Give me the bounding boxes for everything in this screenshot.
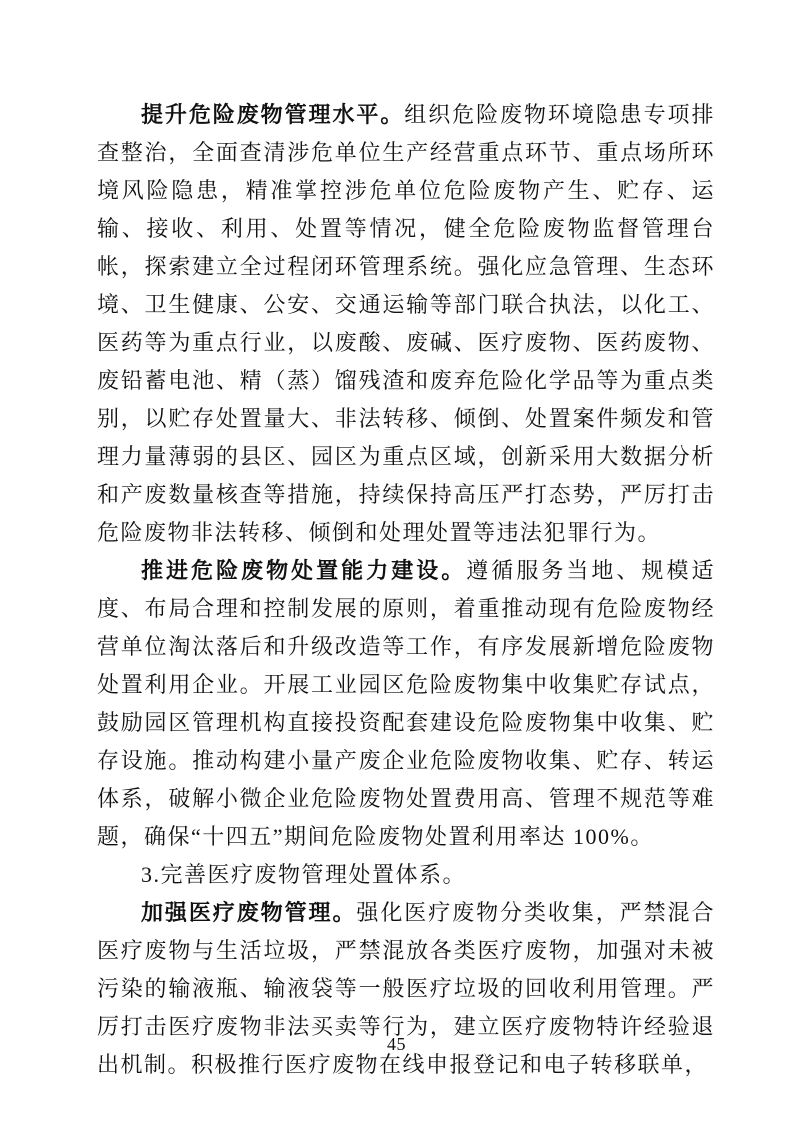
paragraph: 提升危险废物管理水平。组织危险废物环境隐患专项排查整治，全面查清涉危单位生产经营… xyxy=(97,96,715,552)
paragraph: 推进危险废物处置能力建设。遵循服务当地、规模适度、布局合理和控制发展的原则，着重… xyxy=(97,552,715,856)
page-number: 45 xyxy=(387,1034,406,1054)
paragraph: 3.完善医疗废物管理处置体系。 xyxy=(97,856,715,894)
paragraph-lead: 加强医疗废物管理。 xyxy=(141,900,356,925)
paragraph: 加强医疗废物管理。强化医疗废物分类收集，严禁混合医疗废物与生活垃圾，严禁混放各类… xyxy=(97,894,715,1084)
document-page: 提升危险废物管理水平。组织危险废物环境隐患专项排查整治，全面查清涉危单位生产经营… xyxy=(0,0,793,1122)
paragraph-body: 3.完善医疗废物管理处置体系。 xyxy=(141,862,466,887)
document-body: 提升危险废物管理水平。组织危险废物环境隐患专项排查整治，全面查清涉危单位生产经营… xyxy=(97,96,715,1084)
paragraph-body: 组织危险废物环境隐患专项排查整治，全面查清涉危单位生产经营重点环节、重点场所环境… xyxy=(97,102,715,545)
page-footer: 45 xyxy=(0,1034,793,1055)
paragraph-lead: 推进危险废物处置能力建设。 xyxy=(141,558,466,583)
paragraph-body: 遵循服务当地、规模适度、布局合理和控制发展的原则，着重推动现有危险废物经营单位淘… xyxy=(97,558,715,849)
paragraph-lead: 提升危险废物管理水平。 xyxy=(141,102,404,127)
